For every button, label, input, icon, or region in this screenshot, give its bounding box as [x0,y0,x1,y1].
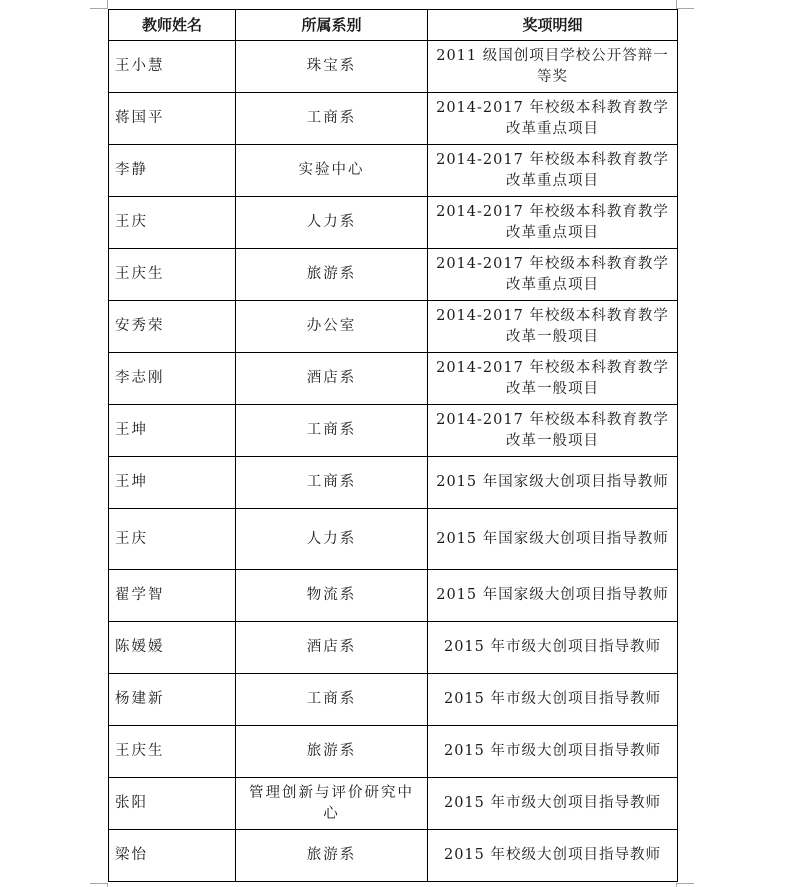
award-cell: 2015 年国家级大创项目指导教师 [428,457,678,509]
department-cell: 旅游系 [236,726,428,778]
teacher-name-cell: 王庆 [109,509,236,570]
department-cell: 酒店系 [236,353,428,405]
teacher-name-cell: 安秀荣 [109,301,236,353]
department-cell: 工商系 [236,93,428,145]
department-cell: 工商系 [236,457,428,509]
table-row: 王庆生 旅游系 2014-2017 年校级本科教育教学改革重点项目 [109,249,678,301]
award-cell: 2014-2017 年校级本科教育教学改革一般项目 [428,353,678,405]
teacher-name-cell: 李志刚 [109,353,236,405]
table-row: 杨建新 工商系 2015 年市级大创项目指导教师 [109,674,678,726]
award-cell: 2015 年市级大创项目指导教师 [428,622,678,674]
award-cell: 2014-2017 年校级本科教育教学改革重点项目 [428,145,678,197]
teacher-awards-table: 教师姓名 所属系别 奖项明细 王小慧 珠宝系 2011 级国创项目学校公开答辩一… [108,9,678,882]
table-row: 梁怡 旅游系 2015 年校级大创项目指导教师 [109,830,678,882]
table-row: 翟学智 物流系 2015 年国家级大创项目指导教师 [109,570,678,622]
crop-mark-bottom-left [90,883,108,887]
teacher-name-cell: 陈媛媛 [109,622,236,674]
award-cell: 2015 年国家级大创项目指导教师 [428,509,678,570]
crop-mark-top-left [90,0,108,9]
table-row: 王小慧 珠宝系 2011 级国创项目学校公开答辩一等奖 [109,41,678,93]
table-row: 蒋国平 工商系 2014-2017 年校级本科教育教学改革重点项目 [109,93,678,145]
department-cell: 珠宝系 [236,41,428,93]
award-cell: 2014-2017 年校级本科教育教学改革一般项目 [428,405,678,457]
teacher-name-cell: 翟学智 [109,570,236,622]
table-row: 王坤 工商系 2015 年国家级大创项目指导教师 [109,457,678,509]
table-row: 李志刚 酒店系 2014-2017 年校级本科教育教学改革一般项目 [109,353,678,405]
department-cell: 工商系 [236,674,428,726]
department-cell: 人力系 [236,509,428,570]
teacher-name-cell: 王小慧 [109,41,236,93]
teacher-name-cell: 蒋国平 [109,93,236,145]
department-cell: 工商系 [236,405,428,457]
table-row: 安秀荣 办公室 2014-2017 年校级本科教育教学改革一般项目 [109,301,678,353]
header-department: 所属系别 [236,10,428,41]
award-cell: 2015 年国家级大创项目指导教师 [428,570,678,622]
teacher-name-cell: 王庆生 [109,249,236,301]
award-cell: 2014-2017 年校级本科教育教学改革重点项目 [428,197,678,249]
table-row: 陈媛媛 酒店系 2015 年市级大创项目指导教师 [109,622,678,674]
department-cell: 管理创新与评价研究中心 [236,778,428,830]
award-cell: 2011 级国创项目学校公开答辩一等奖 [428,41,678,93]
award-cell: 2014-2017 年校级本科教育教学改革一般项目 [428,301,678,353]
header-award-details: 奖项明细 [428,10,678,41]
award-cell: 2014-2017 年校级本科教育教学改革重点项目 [428,93,678,145]
teacher-name-cell: 杨建新 [109,674,236,726]
department-cell: 办公室 [236,301,428,353]
award-cell: 2015 年市级大创项目指导教师 [428,726,678,778]
department-cell: 酒店系 [236,622,428,674]
department-cell: 实验中心 [236,145,428,197]
teacher-name-cell: 王坤 [109,457,236,509]
department-cell: 旅游系 [236,249,428,301]
award-cell: 2015 年市级大创项目指导教师 [428,778,678,830]
table-row: 王庆生 旅游系 2015 年市级大创项目指导教师 [109,726,678,778]
teacher-name-cell: 王庆生 [109,726,236,778]
teacher-name-cell: 张阳 [109,778,236,830]
table-row: 王庆 人力系 2014-2017 年校级本科教育教学改革重点项目 [109,197,678,249]
table-row: 张阳 管理创新与评价研究中心 2015 年市级大创项目指导教师 [109,778,678,830]
award-cell: 2015 年市级大创项目指导教师 [428,674,678,726]
table-row: 王坤 工商系 2014-2017 年校级本科教育教学改革一般项目 [109,405,678,457]
crop-mark-top-right [676,0,694,9]
table-header-row: 教师姓名 所属系别 奖项明细 [109,10,678,41]
teacher-name-cell: 李静 [109,145,236,197]
department-cell: 人力系 [236,197,428,249]
crop-mark-bottom-right [676,883,694,887]
table-row: 王庆 人力系 2015 年国家级大创项目指导教师 [109,509,678,570]
department-cell: 旅游系 [236,830,428,882]
department-cell: 物流系 [236,570,428,622]
header-teacher-name: 教师姓名 [109,10,236,41]
award-cell: 2014-2017 年校级本科教育教学改革重点项目 [428,249,678,301]
teacher-name-cell: 王坤 [109,405,236,457]
award-cell: 2015 年校级大创项目指导教师 [428,830,678,882]
teacher-name-cell: 梁怡 [109,830,236,882]
table-row: 李静 实验中心 2014-2017 年校级本科教育教学改革重点项目 [109,145,678,197]
teacher-name-cell: 王庆 [109,197,236,249]
